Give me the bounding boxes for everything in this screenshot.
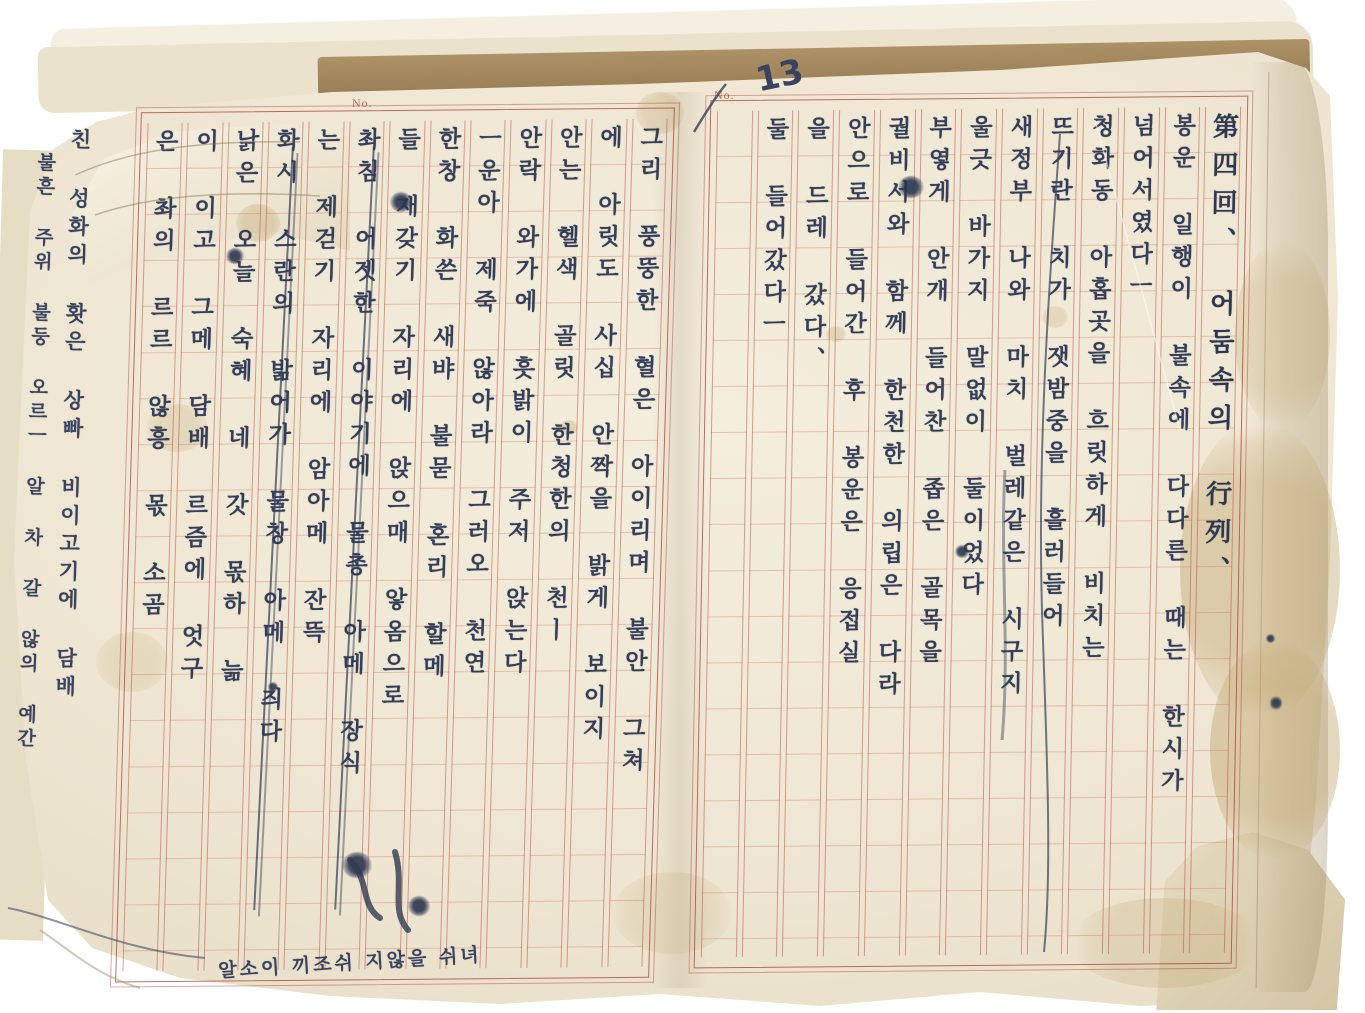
- manuscript-photo: 그리 풍뚱한 혈은 아이리며 불안 그쳐 에 아릿도 사십 안짝을 밝게 보이지…: [0, 0, 1365, 1013]
- column-text: 부옇게 안개 들어찬 좁은 골목을: [910, 115, 950, 951]
- ink-blot: [342, 852, 372, 878]
- ink-blot: [1270, 696, 1282, 710]
- left-page-frame: 그리 풍뚱한 혈은 아이리며 불안 그쳐 에 아릿도 사십 안짝을 밝게 보이지…: [115, 108, 675, 983]
- ink-blot: [226, 248, 244, 264]
- ink-blot: [268, 682, 278, 692]
- ink-blot: [408, 896, 430, 916]
- right-page-frame: 第四回、 어둠속의 行列、 봉운 일행이 불속에 다다른 때는 한시가 넘어서였…: [694, 96, 1249, 969]
- column-text: 안으로 들어간 후 봉운은 응접실: [829, 116, 869, 952]
- printed-no-mark-right: No.: [714, 88, 735, 103]
- column-text: [719, 117, 735, 953]
- column-text: 넘어서였다ㅡ: [1114, 113, 1154, 949]
- column-text: 궐비서와 함께 한천한 의립은 다라: [870, 116, 910, 952]
- column-text: 울긋 바가지 말없이 둘이었다: [951, 115, 991, 951]
- printed-no-mark-left: No.: [352, 96, 373, 111]
- column-text: 청화동 아홉곳을 흐릿하게 비치는: [1073, 114, 1113, 950]
- column-text: 봉운 일행이 불속에 다다른 때는 한시가: [1154, 113, 1194, 949]
- ink-blot: [955, 545, 969, 558]
- column-text: 뜨기란 치가 잿밤중을 흘러들어: [1032, 114, 1072, 950]
- column-text: 을 드레 갔다、: [788, 116, 828, 952]
- column-grid: 그리 풍뚱한 혈은 아이리며 불안 그쳐 에 아릿도 사십 안짝을 밝게 보이지…: [122, 119, 667, 972]
- ink-blot: [390, 192, 412, 212]
- column-grid: 第四回、 어둠속의 行列、 봉운 일행이 불속에 다다른 때는 한시가 넘어서였…: [701, 107, 1241, 958]
- column-text: 第四回、 어둠속의 行列、: [1193, 113, 1236, 949]
- ink-blot: [898, 176, 924, 198]
- ink-blot: [1266, 634, 1275, 643]
- column-text: 둘 들어갔다ㅡ: [747, 117, 787, 953]
- column-text: 새정부 나와 마치 벌레같은 시구지: [992, 114, 1032, 950]
